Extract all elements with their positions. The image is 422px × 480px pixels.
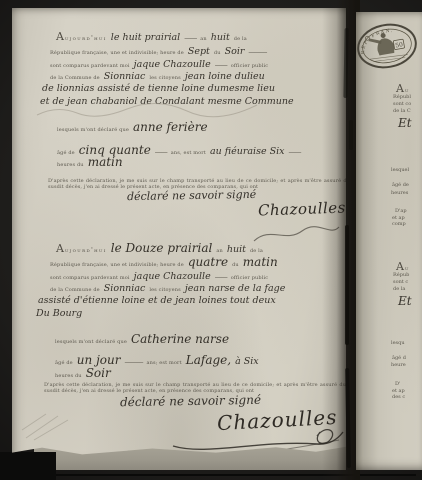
scan-edge-line [56,474,416,476]
act1-hours-line: heures dumatin [57,155,127,171]
text-segment: quatre [188,255,228,269]
act2-hours-line: heures duSoir [55,366,115,382]
text-segment: Soir [86,366,111,380]
text-segment: anne ferière [133,120,208,134]
right-act2-closing-fragment1: D' [395,381,400,387]
right-act2-handwriting-fragment: Et [398,294,412,308]
text-segment: le Douze prairial [111,241,213,255]
act1-closing-handwritten: déclaré ne savoir signé [127,188,256,203]
text-segment: ——— [248,48,266,56]
right-act2-hours-fragment: heure [391,362,406,368]
right-act2-declaration-fragment: lesqu [391,340,405,346]
right-act1-closing-fragment1: D'ap [395,208,407,214]
pencil-margin-marks [18,410,138,444]
text-segment: Lafage, [186,353,231,367]
text-segment: de la [234,36,247,42]
binding-stitch [349,120,353,150]
text-segment: ans; est mort [146,360,181,366]
text-segment: heures du [55,373,82,379]
right-act1-handwriting-fragment: Et [398,116,412,130]
text-segment: Du Bourg [36,308,82,319]
act2-declaration-line: lesquels m'ont déclaré queCatherine nars… [55,332,233,348]
text-segment: Catherine narse [131,332,229,346]
text-segment: heures du [57,162,84,168]
text-segment: an [216,248,223,254]
text-segment: huit [227,244,246,255]
text-segment: an [200,36,207,42]
binding-stitch [345,225,349,345]
text-segment: de la [250,248,263,254]
ink-bleedthrough [32,100,292,122]
text-segment: au fiéuraise Six [210,146,285,157]
text-segment: matin [88,155,123,169]
right-act1-republic-fragment: Républ [393,94,411,100]
left-page: Aujourd'huile huit prairial——anhuitde la… [12,8,346,458]
text-segment: —— [289,148,301,156]
text-segment: matin [243,255,278,269]
act2-closing-formula: D'après cette déclaration, je me suis su… [44,382,346,395]
right-act1-closing-fragment3: comp [392,221,406,227]
text-segment: —— [184,34,196,42]
right-page [356,12,422,470]
text-segment: le huit prairial [111,32,180,43]
text-segment: lesquels m'ont déclaré que [55,339,127,345]
right-act1-comparus-fragment: sont co [393,101,411,107]
text-segment: ——— [124,358,142,366]
right-act2-commune-fragment: de la [393,286,405,292]
right-act2-closing-fragment3: des c [392,394,405,400]
text-segment: à Six [235,356,259,367]
scanned-register-spread: Aujourd'huile huit prairial——anhuitde la… [0,0,422,480]
text-segment: lesquels m'ont déclaré que [57,127,129,133]
text-segment: huit [211,32,230,43]
act1-witnesses-line1: de lionnias assisté de tienne loine dume… [42,80,279,94]
stamp-value: 50 [395,41,404,49]
right-act2-age-fragment: âgé d [392,355,406,361]
revenue-stamp-art: REP. FRAN. 50 [350,15,422,78]
text-segment: un jour [77,353,121,367]
binding-gutter [322,0,360,480]
text-segment: ans, est mort [171,150,206,156]
revenue-stamp: REP. FRAN. 50 [350,15,422,78]
right-act2-republic-fragment: Répub [393,272,409,278]
right-act1-hours-fragment: heures [391,190,408,196]
scan-corner-shadow [0,452,56,480]
act2-witnesses-line1: assisté d'étienne loine et de jean loine… [38,292,280,306]
right-act1-commune-fragment: de la C [393,108,411,114]
text-segment: —— [155,148,167,156]
right-act1-age-fragment: âgé de [392,182,409,188]
act2-witnesses-line2: Du Bourg [36,305,86,319]
act1-declaration-line: lesquels m'ont déclaré queanne ferière [57,120,212,136]
right-act2-comparus-fragment: sont c [393,279,408,285]
right-act1-declaration-fragment: lesquel [391,167,409,173]
